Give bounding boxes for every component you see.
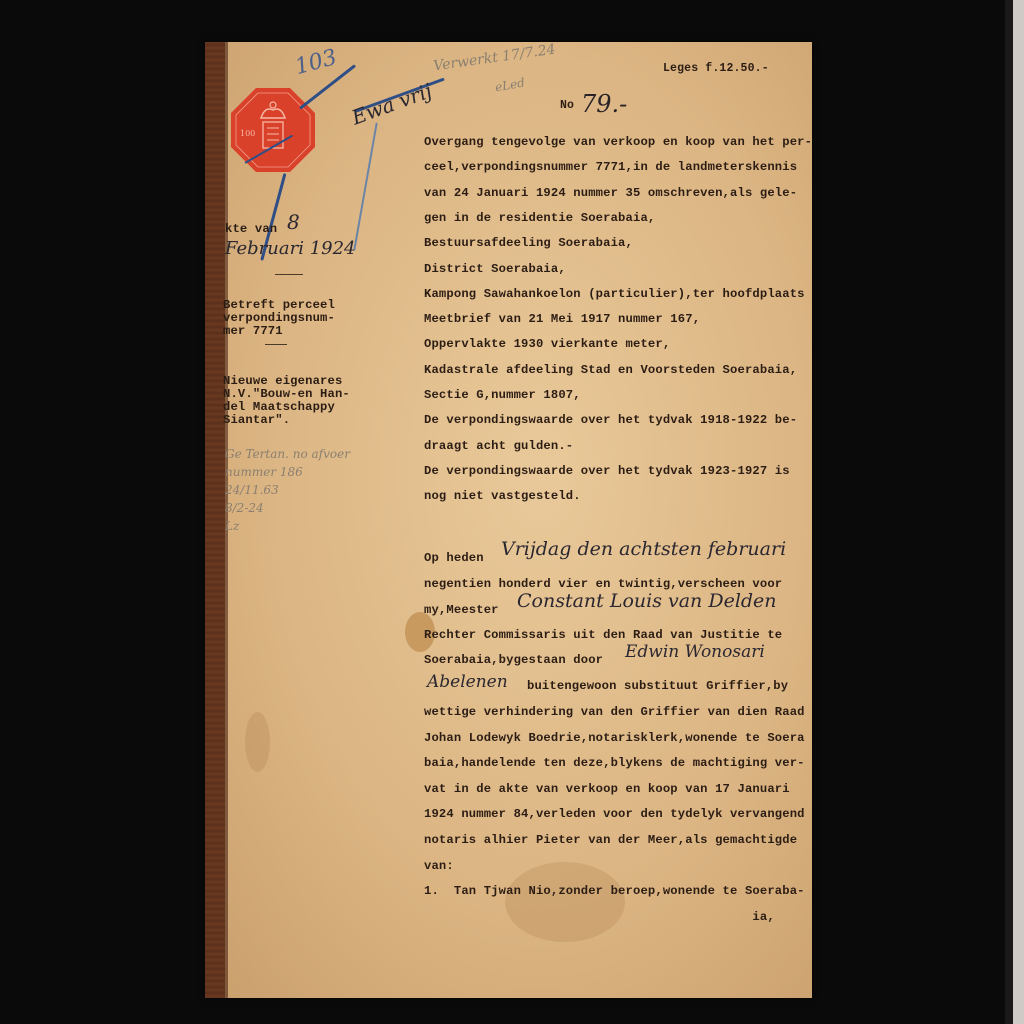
legal-fee: Leges f.12.50.- <box>663 62 769 75</box>
document-number: 79.- <box>581 90 627 118</box>
revenue-stamp-icon: 100 <box>231 88 315 172</box>
deed-line: ia, <box>424 910 775 924</box>
pencil-note: nummer 186 <box>225 465 303 479</box>
margin-line: Nieuwe eigenares <box>223 374 342 388</box>
deed-line-typed: Op heden <box>424 551 484 565</box>
margin-line: Siantar". <box>223 413 290 427</box>
deed-line-typed: Soerabaia,bygestaan door <box>424 653 603 667</box>
akte-date: Februari 1924 <box>225 238 356 259</box>
body-line: Meetbrief van 21 Mei 1917 nummer 167, <box>424 312 700 326</box>
deed-line: baia,handelende ten deze,blykens de mach… <box>424 756 805 770</box>
body-line: Overgang tengevolge van verkoop en koop … <box>424 135 812 149</box>
akte-label: kte van <box>225 222 277 236</box>
margin-line: Betreft perceel <box>223 298 335 312</box>
deed-date-handwritten: Vrijdag den achtsten februari <box>501 538 786 560</box>
pencil-note: Lz <box>225 519 239 533</box>
document-number-label: No <box>560 99 574 112</box>
body-line: Kadastrale afdeeling Stad en Voorsteden … <box>424 363 797 377</box>
svg-text:100: 100 <box>240 129 255 138</box>
akte-day: 8 <box>287 210 300 234</box>
deed-line: negentien honderd vier en twintig,versch… <box>424 577 782 591</box>
deed-line: Johan Lodewyk Boedrie,notarisklerk,wonen… <box>424 731 805 745</box>
margin-line: mer 7771 <box>223 324 283 338</box>
blue-pencil-stroke <box>354 123 378 251</box>
background-shadow <box>1005 0 1013 1024</box>
body-line: Bestuursafdeeling Soerabaia, <box>424 236 633 250</box>
deed-line: 1. Tan Tjwan Nio,zonder beroep,wonende t… <box>424 884 805 898</box>
body-line: nog niet vastgesteld. <box>424 489 581 503</box>
pencil-note: Verwerkt 17/7.24 <box>432 42 556 75</box>
body-line: Kampong Sawahankoelon (particulier),ter … <box>424 287 805 301</box>
deed-line: Rechter Commissaris uit den Raad van Jus… <box>424 628 782 642</box>
stain <box>505 862 625 942</box>
body-line: De verpondingswaarde over het tydvak 192… <box>424 464 790 478</box>
body-line: van 24 Januari 1924 nummer 35 omschreven… <box>424 186 797 200</box>
clerk-name-handwritten: Edwin Wonosari <box>625 642 765 662</box>
body-line: gen in de residentie Soerabaia, <box>424 211 655 225</box>
handwritten-note: Ewa vrij <box>348 78 435 129</box>
deed-line-typed: buitengewoon substituut Griffier,by <box>527 679 788 693</box>
binding-strip <box>205 42 225 998</box>
body-line: Sectie G,nummer 1807, <box>424 388 581 402</box>
judge-name-handwritten: Constant Louis van Delden <box>517 590 777 612</box>
handwritten-number: 103 <box>292 45 339 80</box>
margin-line: verpondingsnum- <box>223 311 335 325</box>
divider <box>275 274 303 275</box>
body-line: District Soerabaia, <box>424 262 566 276</box>
document-page: 100 103 Ewa vrij Verwerkt 17/7.24 eLed L… <box>205 42 812 998</box>
deed-line: vat in de akte van verkoop en koop van 1… <box>424 782 790 796</box>
pencil-note: 8/2-24 <box>225 501 264 515</box>
adjacent-page-edge <box>1013 0 1024 1024</box>
deed-line: notaris alhier Pieter van der Meer,als g… <box>424 833 797 847</box>
pencil-initials: eLed <box>494 76 526 95</box>
clerk-surname-handwritten: Abelenen <box>427 672 508 692</box>
stain <box>245 712 270 772</box>
body-line: draagt acht gulden.- <box>424 439 573 453</box>
margin-line: del Maatschappy <box>223 400 335 414</box>
divider <box>265 344 287 345</box>
body-line: De verpondingswaarde over het tydvak 191… <box>424 413 797 427</box>
body-line: Oppervlakte 1930 vierkante meter, <box>424 337 670 351</box>
deed-line: van: <box>424 859 454 873</box>
deed-line: 1924 nummer 84,verleden voor den tydelyk… <box>424 807 805 821</box>
pencil-note: 24/11.63 <box>225 483 279 497</box>
deed-line: wettige verhindering van den Griffier va… <box>424 705 805 719</box>
margin-line: N.V."Bouw-en Han- <box>223 387 350 401</box>
deed-line-typed: my,Meester <box>424 603 499 617</box>
body-line: ceel,verpondingsnummer 7771,in de landme… <box>424 160 797 174</box>
pencil-note: Ge Tertan. no afvoer <box>225 447 350 461</box>
